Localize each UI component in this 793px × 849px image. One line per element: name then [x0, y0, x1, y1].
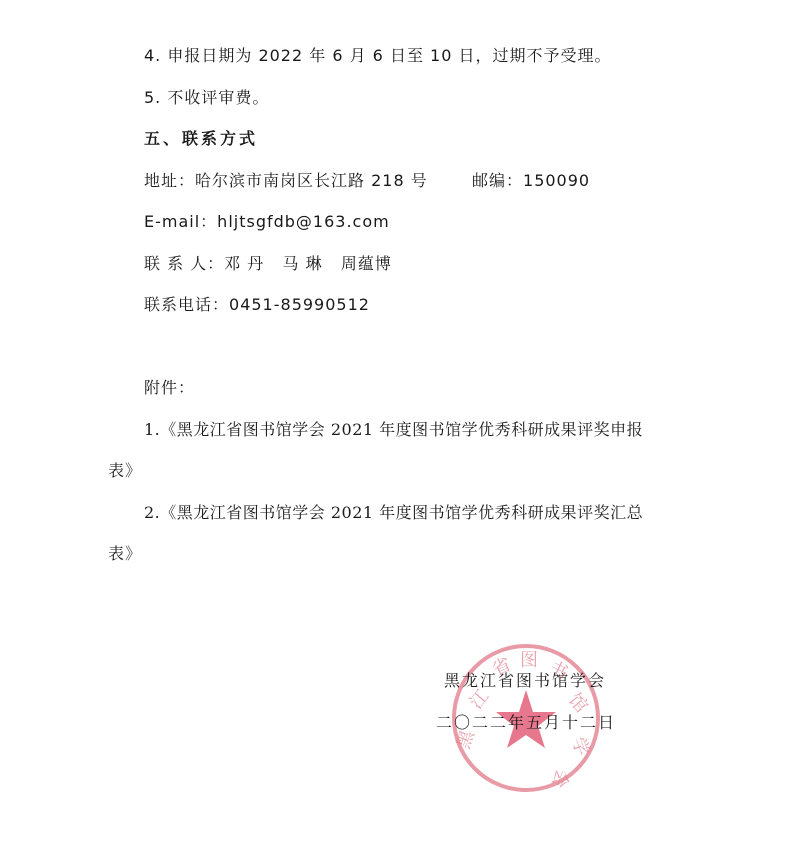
- email-line: E-mail：hljtsgfdb@163.com: [144, 212, 390, 232]
- contacts-label: 联 系 人：: [144, 254, 224, 273]
- item-4-deadline: 4. 申报日期为 2022 年 6 月 6 日至 10 日，过期不予受理。: [144, 46, 611, 66]
- postcode-value: 150090: [523, 171, 590, 190]
- postcode-line: 邮编：150090: [472, 171, 590, 191]
- attachments-label: 附件：: [144, 378, 195, 398]
- signature-date: 二〇二二年五月十二日: [436, 710, 616, 733]
- phone-label: 联系电话：: [144, 295, 229, 314]
- contacts-line: 联 系 人：邓 丹 马 琳 周蕴博: [144, 254, 392, 274]
- attachment-2-line-1: 2.《黑龙江省图书馆学会 2021 年度图书馆学优秀科研成果评奖汇总: [144, 503, 643, 523]
- signature-organization: 黑龙江省图书馆学会: [444, 668, 606, 691]
- section-heading-contact: 五、联系方式: [144, 129, 258, 149]
- email-value[interactable]: hljtsgfdb@163.com: [217, 212, 390, 231]
- attachment-1-line-2: 表》: [108, 461, 142, 481]
- address-line: 地址：哈尔滨市南岗区长江路 218 号: [144, 171, 428, 191]
- item-5-no-fee: 5. 不收评审费。: [144, 88, 269, 108]
- phone-line: 联系电话：0451-85990512: [144, 295, 370, 315]
- attachment-2-line-2: 表》: [108, 544, 142, 564]
- address-value: 哈尔滨市南岗区长江路 218 号: [195, 171, 428, 190]
- attachment-1-line-1: 1.《黑龙江省图书馆学会 2021 年度图书馆学优秀科研成果评奖申报: [144, 420, 643, 440]
- address-label: 地址：: [144, 171, 195, 190]
- contacts-value: 邓 丹 马 琳 周蕴博: [224, 254, 392, 273]
- postcode-label: 邮编：: [472, 171, 523, 190]
- phone-value: 0451-85990512: [229, 295, 370, 314]
- email-label: E-mail：: [144, 212, 217, 231]
